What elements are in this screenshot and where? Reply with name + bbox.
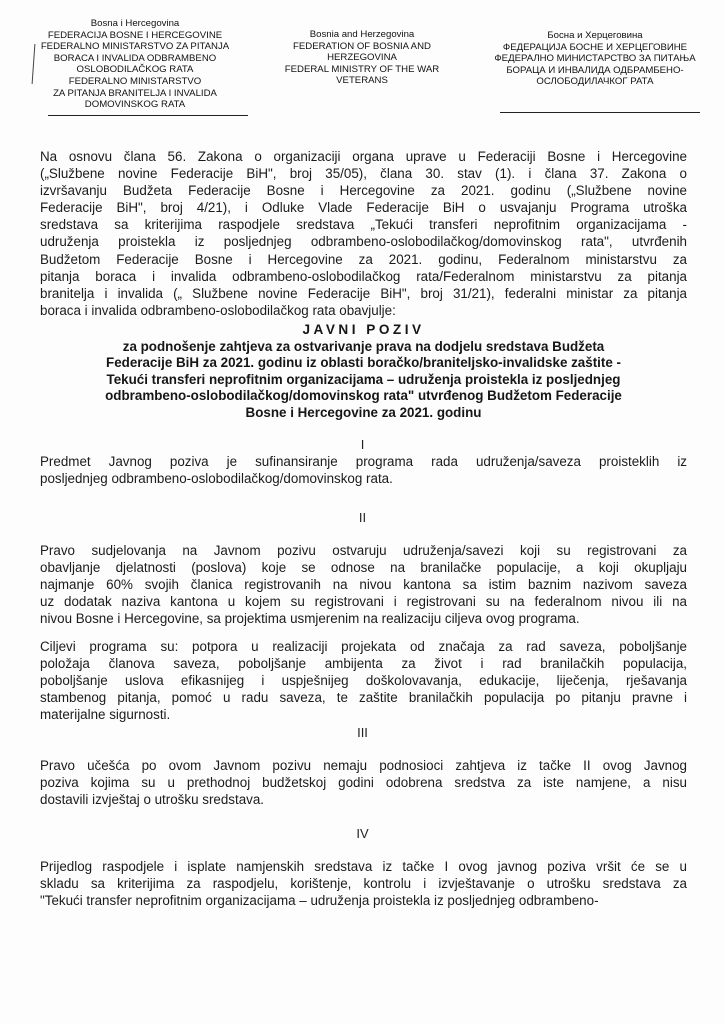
header-line: FEDERACIJA BOSNE I HERCEGOVINE	[30, 30, 240, 42]
header-line: БОРАЦА И ИНВАЛИДА ОДБРАМБЕНО-	[480, 65, 710, 77]
header-line: FEDERALNO MINISTARSTVO ZA PITANJA	[30, 41, 240, 53]
title-line: Tekući transferi neprofitnim organizacij…	[40, 372, 687, 389]
text-line: položaja članova saveza, poboljšanje amb…	[40, 655, 687, 672]
text-line: obavljanje djelatnosti (poslova) koje se…	[40, 559, 687, 576]
text-line: Na osnovu člana 56. Zakona o organizacij…	[40, 148, 687, 165]
title-line: Bosne i Hercegovine za 2021. godinu	[40, 405, 687, 422]
text-line: stambenog pitanja, pomoć u radu saveza, …	[40, 689, 687, 706]
title-heading: JAVNI POZIV	[40, 322, 687, 339]
section-3-paragraph: Pravo učešća po ovom Javnom pozivu nemaj…	[40, 757, 687, 808]
text-line: udruženja proistekla iz posljednjeg odbr…	[40, 233, 687, 250]
text-line: Pravo sudjelovanja na Javnom pozivu ostv…	[40, 542, 687, 559]
text-line: "Tekući transfer neprofitnim organizacij…	[40, 892, 687, 909]
text-line: uz dodatak naziva kantona u kojem su reg…	[40, 593, 687, 610]
text-line: Federacije BiH", broj 4/21), i Odluke Vl…	[40, 199, 687, 216]
title-line: odbrambeno-oslobodilačkog/domovinskog ra…	[40, 388, 687, 405]
text-line: sredstava sa kriterijima raspodjele sred…	[40, 216, 687, 233]
text-line: najmanje 60% svojih članica registrovani…	[40, 576, 687, 593]
text-line: Pravo učešća po ovom Javnom pozivu nemaj…	[40, 757, 687, 774]
text-line: boraca i invalida odbrambeno-oslobodilač…	[40, 302, 687, 319]
text-line: materijalne sigurnosti.	[40, 706, 687, 723]
header-english: Bosnia and Herzegovina FEDERATION OF BOS…	[262, 29, 462, 87]
text-line: Budžetom Federacije Bosne i Hercegovine …	[40, 251, 687, 268]
text-line: izvršavanju Budžeta Federacije Bosne i H…	[40, 182, 687, 199]
text-line: branitelja i invalida („ Službene novine…	[40, 285, 687, 302]
text-line: dostavili izvještaj o utrošku sredstava.	[40, 791, 687, 808]
section-numeral: IV	[0, 826, 725, 841]
header-line: Босна и Херцеговина	[480, 30, 710, 42]
header-line: FEDERAL MINISTRY OF THE WAR	[262, 64, 462, 76]
section-numeral: II	[0, 510, 725, 525]
section-2-paragraph-2: Ciljevi programa su: potpora u realizaci…	[40, 638, 687, 723]
header-line: ZA PITANJA BRANITELJA I INVALIDA	[30, 88, 240, 100]
header-divider-left	[48, 115, 248, 116]
header-divider-right	[500, 112, 700, 113]
document-title: JAVNI POZIV za podnošenje zahtjeva za os…	[40, 322, 687, 422]
header-line: DOMOVINSKOG RATA	[30, 99, 240, 111]
title-line: za podnošenje zahtjeva za ostvarivanje p…	[40, 339, 687, 356]
text-line: poboljšanje uslova efikasnijeg i uspješn…	[40, 672, 687, 689]
text-line: skladu sa kriterijima za raspodjelu, kor…	[40, 875, 687, 892]
title-line: Federacije BiH za 2021. godinu iz oblast…	[40, 355, 687, 372]
text-line: poziva kojima su u prethodnoj budžetskoj…	[40, 774, 687, 791]
header-line: ФЕДЕРАЛНО МИНИСТАРСТВО ЗА ПИТАЊА	[480, 53, 710, 65]
header-line: ОСЛОБОДИЛАЧКОГ РАТА	[480, 76, 710, 88]
header-line: BORACA I INVALIDA ODBRAMBENO	[30, 53, 240, 65]
document-page: Bosna i Hercegovina FEDERACIJA BOSNE I H…	[0, 0, 725, 1024]
section-numeral: I	[0, 437, 725, 452]
header-line: OSLOBODILAČKOG RATA	[30, 64, 240, 76]
header-line: Bosna i Hercegovina	[30, 18, 240, 30]
header-line: ФЕДЕРАЦИЈА БОСНЕ И ХЕРЦЕГОВИНЕ	[480, 42, 710, 54]
section-2-paragraph-1: Pravo sudjelovanja na Javnom pozivu ostv…	[40, 542, 687, 627]
header-line: HERZEGOVINA	[262, 52, 462, 64]
header-line: FEDERATION OF BOSNIA AND	[262, 41, 462, 53]
section-numeral: III	[0, 725, 725, 740]
text-line: posljednjeg odbrambeno-oslobodilačkog/do…	[40, 470, 687, 487]
text-line: Ciljevi programa su: potpora u realizaci…	[40, 638, 687, 655]
text-line: pitanja boraca i invalida odbrambeno-osl…	[40, 268, 687, 285]
text-line: Predmet Javnog poziva je sufinansiranje …	[40, 453, 687, 470]
section-1-paragraph: Predmet Javnog poziva je sufinansiranje …	[40, 453, 687, 487]
text-line: Prijedlog raspodjele i isplate namjenski…	[40, 858, 687, 875]
header-cyrillic: Босна и Херцеговина ФЕДЕРАЦИЈА БОСНЕ И Х…	[480, 30, 710, 88]
header-line: VETERANS	[262, 75, 462, 87]
header-bosnian: Bosna i Hercegovina FEDERACIJA BOSNE I H…	[30, 18, 240, 111]
header-line: Bosnia and Herzegovina	[262, 29, 462, 41]
intro-paragraph: Na osnovu člana 56. Zakona o organizacij…	[40, 148, 687, 319]
section-4-paragraph: Prijedlog raspodjele i isplate namjenski…	[40, 858, 687, 909]
text-line: („Službene novine Federacije BiH", broj …	[40, 165, 687, 182]
text-line: nivou Bosne i Hercegovine, sa projektima…	[40, 610, 687, 627]
header-line: FEDERALNO MINISTARSTVO	[30, 76, 240, 88]
